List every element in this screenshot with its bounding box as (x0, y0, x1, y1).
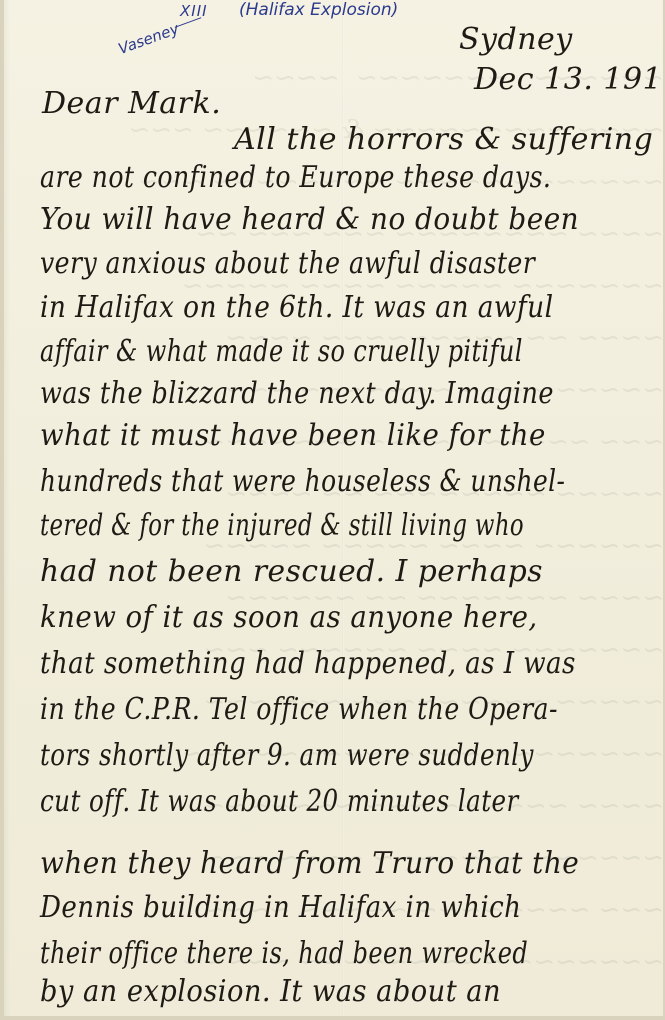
body-line: when they heard from Truro that the (40, 846, 579, 881)
salutation: Dear Mark. (42, 86, 221, 121)
body-line: are not confined to Europe these days. (40, 160, 551, 195)
body-line: very anxious about the awful disaster (40, 246, 535, 281)
body-line: had not been rescued. I perhaps (40, 554, 543, 589)
body-line: cut off. It was about 20 minutes later (40, 784, 519, 819)
body-line: their office there is, had been wrecked (40, 936, 528, 971)
body-line: that something had happened, as I was (40, 646, 576, 681)
body-line: was the blizzard the next day. Imagine (40, 376, 554, 411)
body-line: knew of it as soon as anyone here, (40, 600, 538, 635)
name-annotation: Vaseney (116, 19, 182, 58)
letter-date: Dec 13. 1917 (474, 62, 663, 97)
body-line: by an explosion. It was about an (40, 974, 501, 1009)
body-line: affair & what made it so cruelly pitiful (40, 334, 523, 369)
letter-place: Sydney (459, 22, 573, 57)
body-line: what it must have been like for the (40, 418, 546, 453)
body-line: tors shortly after 9. am were suddenly (40, 738, 534, 773)
topic-annotation: (Halifax Explosion) (239, 0, 398, 20)
body-line: in Halifax on the 6th. It was an awful (40, 290, 554, 325)
body-line: Dennis building in Halifax in which (40, 890, 521, 925)
body-line: tered & for the injured & still living w… (40, 508, 524, 543)
body-line: You will have heard & no doubt been (40, 202, 579, 237)
letter-page: ~~~~~~ ~~~~~~~ ~~~~ ~~~~ ~~~~~~~~~ & ~~~… (4, 0, 663, 1016)
archive-number-annotation: XIII (180, 2, 208, 20)
body-line: All the horrors & suffering (234, 122, 653, 157)
body-line: in the C.P.R. Tel office when the Opera- (40, 692, 558, 727)
body-line: hundreds that were houseless & unshel- (40, 464, 565, 499)
